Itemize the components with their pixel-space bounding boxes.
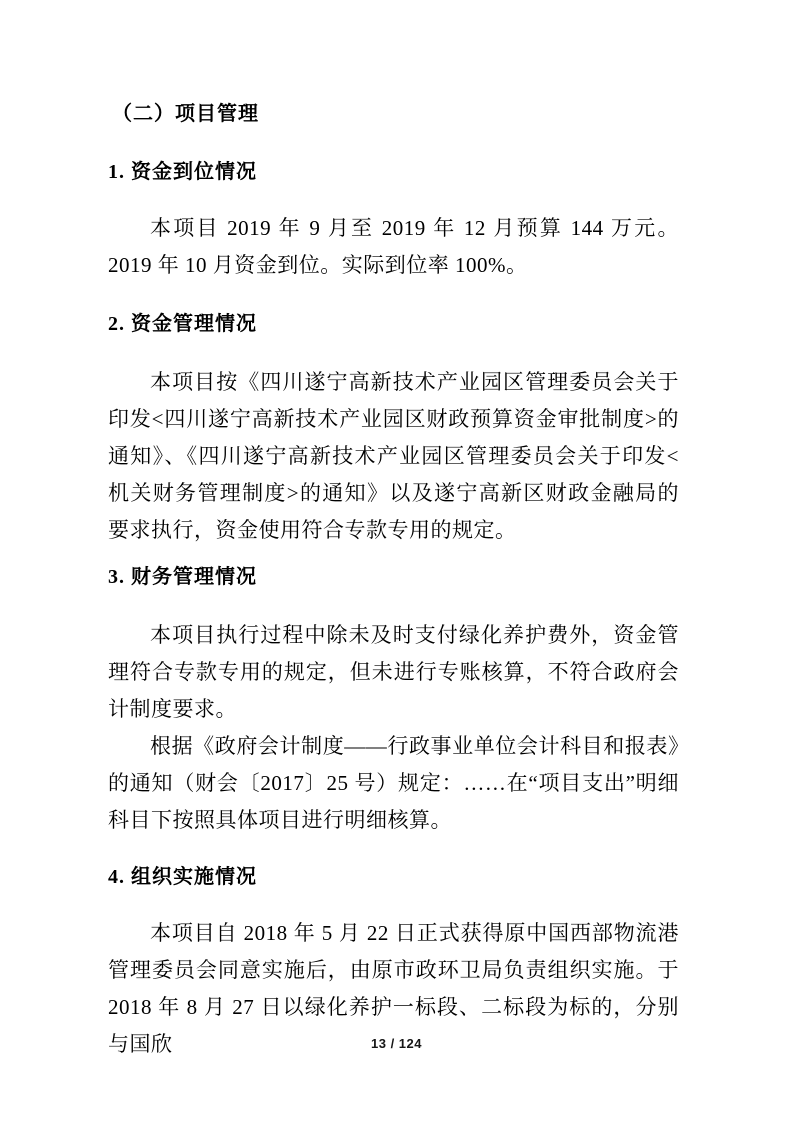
sub-heading-financial-management: 3. 财务管理情况	[108, 563, 679, 591]
paragraph-funds-arrival: 本项目 2019 年 9 月至 2019 年 12 月预算 144 万元。201…	[108, 210, 679, 284]
section-heading: （二）项目管理	[112, 100, 679, 128]
paragraph-financial-management-2: 根据《政府会计制度——行政事业单位会计科目和报表》的通知（财会〔2017〕25 …	[108, 728, 679, 839]
sub-heading-funds-arrival: 1. 资金到位情况	[108, 158, 679, 186]
sub-heading-funds-management: 2. 资金管理情况	[108, 310, 679, 338]
document-page: （二）项目管理 1. 资金到位情况 本项目 2019 年 9 月至 2019 年…	[108, 0, 679, 1122]
page-number: 13 / 124	[0, 1036, 793, 1051]
paragraph-funds-management: 本项目按《四川遂宁高新技术产业园区管理委员会关于印发<四川遂宁高新技术产业园区财…	[108, 364, 679, 549]
sub-heading-organization-implementation: 4. 组织实施情况	[108, 863, 679, 891]
paragraph-financial-management-1: 本项目执行过程中除未及时支付绿化养护费外，资金管理符合专款专用的规定，但未进行专…	[108, 617, 679, 728]
